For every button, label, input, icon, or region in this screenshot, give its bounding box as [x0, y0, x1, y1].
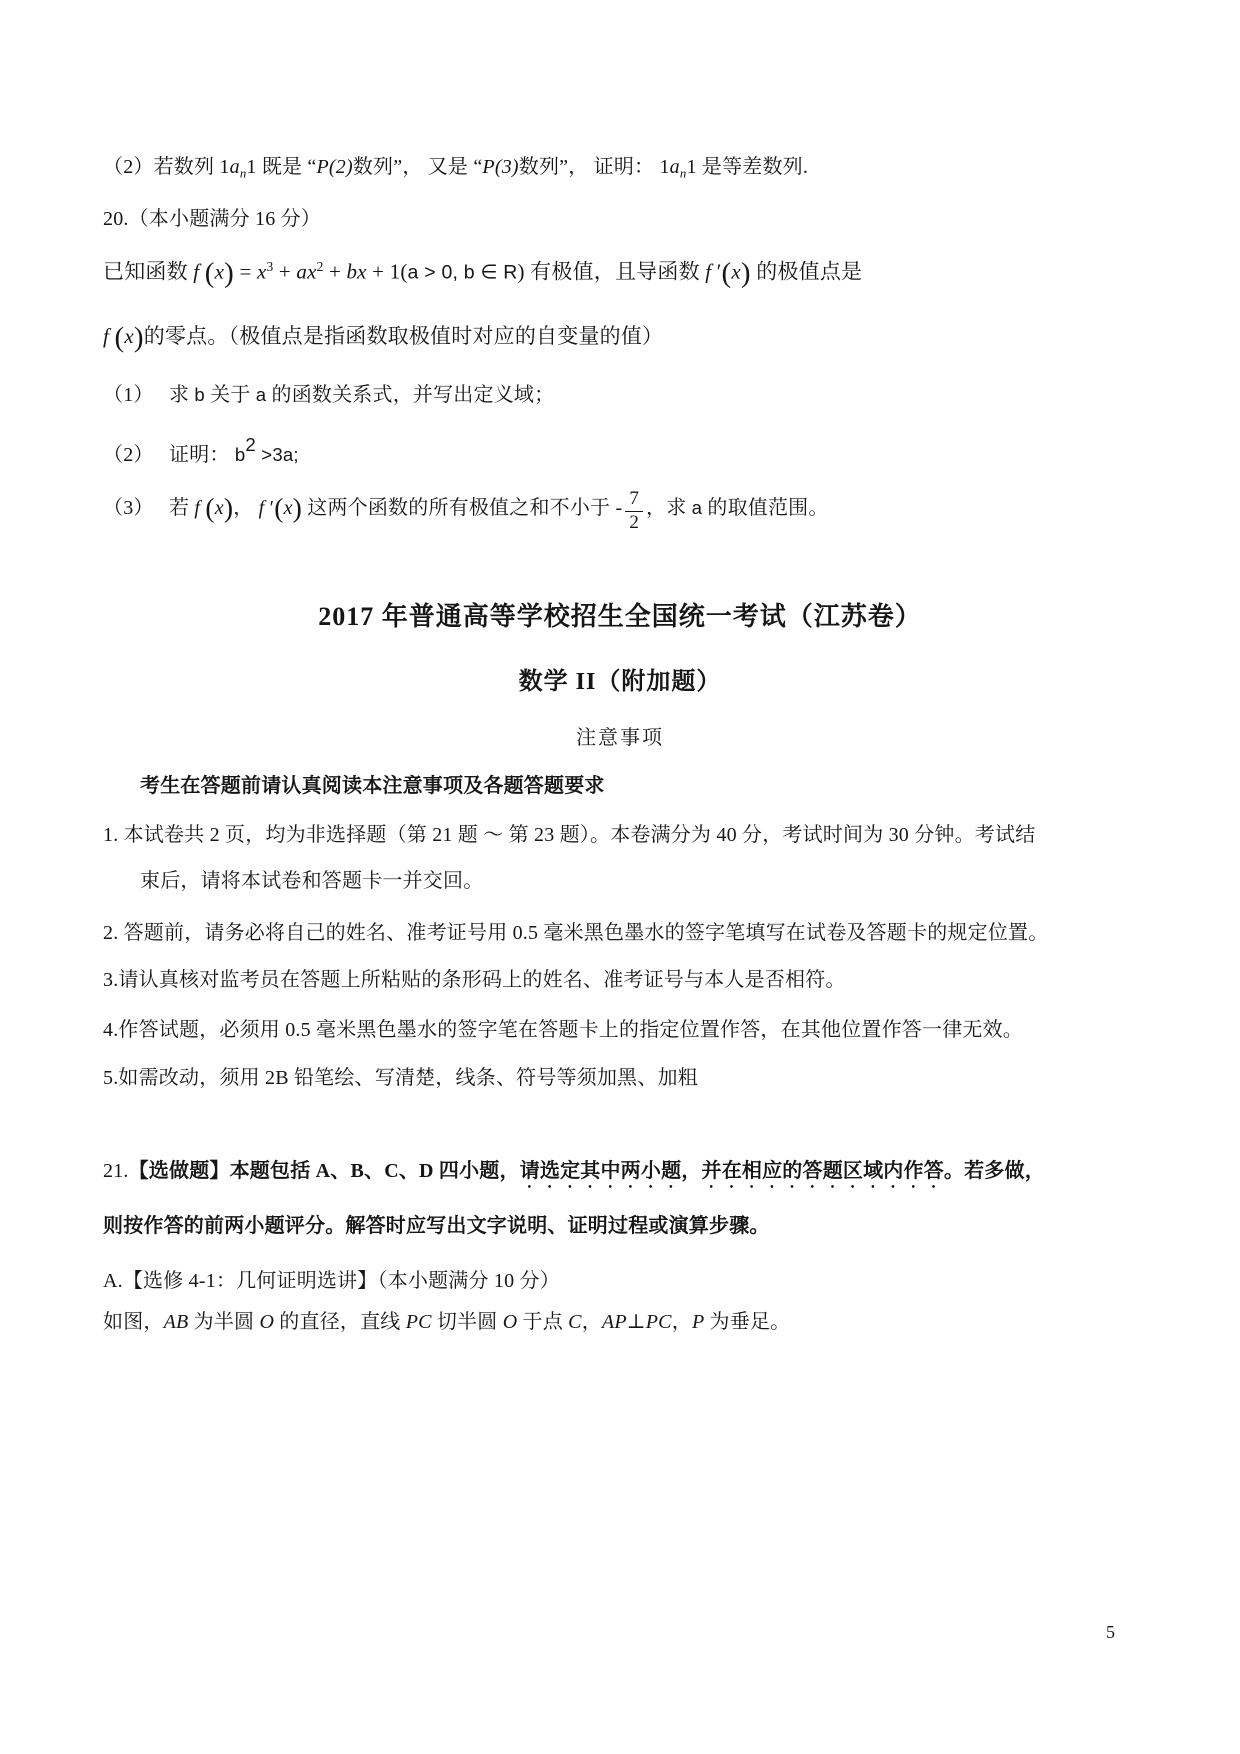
q19-part2-line: （2）若数列 1an1 既是 “P(2)数列”， 又是 “P(3)数列”， 证明…	[103, 154, 808, 182]
q21-line1: 21.【选做题】本题包括 A、B、C、D 四小题，请选定其中两小题，并在相应的答…	[103, 1158, 1045, 1193]
notice-item3: 3.请认真核对监考员在答题上所粘贴的条形码上的姓名、准考证号与本人是否相符。	[103, 967, 846, 993]
qA-header: A.【选修 4-1：几何证明选讲】（本小题满分 10 分）	[103, 1268, 560, 1294]
notice-heading: 注意事项	[0, 725, 1240, 751]
notice-item4: 4.作答试题，必须用 0.5 毫米黑色墨水的签字笔在答题卡上的指定位置作答，在其…	[103, 1017, 1023, 1043]
notice-item5: 5.如需改动，须用 2B 铅笔绘、写清楚，线条、符号等须加黑、加粗	[103, 1065, 698, 1091]
page-number: 5	[1106, 1622, 1115, 1643]
notice-lead: 考生在答题前请认真阅读本注意事项及各题答题要求	[140, 773, 605, 799]
q20-intro-line2: f (x)的零点。（极值点是指函数取极值时对应的自变量的值）	[103, 323, 663, 350]
notice-item1-line2: 束后，请将本试卷和答题卡一并交回。	[140, 868, 483, 894]
q20-sub3: （3） 若 f (x)， f ′(x) 这两个函数的所有极值之和不小于 -72，…	[103, 489, 829, 533]
paper-title: 2017 年普通高等学校招生全国统一考试（江苏卷）	[0, 600, 1240, 634]
notice-item2: 2. 答题前，请务必将自己的姓名、准考证号用 0.5 毫米黑色墨水的签字笔填写在…	[103, 920, 1048, 946]
q21-line2: 则按作答的前两小题评分。解答时应写出文字说明、证明过程或演算步骤。	[103, 1213, 770, 1239]
qA-body: 如图，AB 为半圆 O 的直径，直线 PC 切半圆 O 于点 C，AP⊥PC，P…	[103, 1309, 790, 1335]
q20-sub2: （2） 证明： b2 >3a;	[103, 433, 299, 468]
exam-paper-page: （2）若数列 1an1 既是 “P(2)数列”， 又是 “P(3)数列”， 证明…	[0, 0, 1240, 1754]
q20-sub1: （1） 求 b 关于 a 的函数关系式，并写出定义域；	[103, 382, 554, 408]
q20-intro-line1: 已知函数 f (x) = x3 + ax2 + bx + 1(a > 0, b …	[103, 258, 862, 286]
notice-item1-line1: 1. 本试卷共 2 页，均为非选择题（第 21 题 ～ 第 23 题）。本卷满分…	[103, 822, 1035, 848]
q20-header: 20.（本小题满分 16 分）	[103, 206, 321, 232]
paper-subtitle: 数学 II（附加题）	[0, 667, 1240, 698]
fraction: 72	[625, 489, 643, 533]
